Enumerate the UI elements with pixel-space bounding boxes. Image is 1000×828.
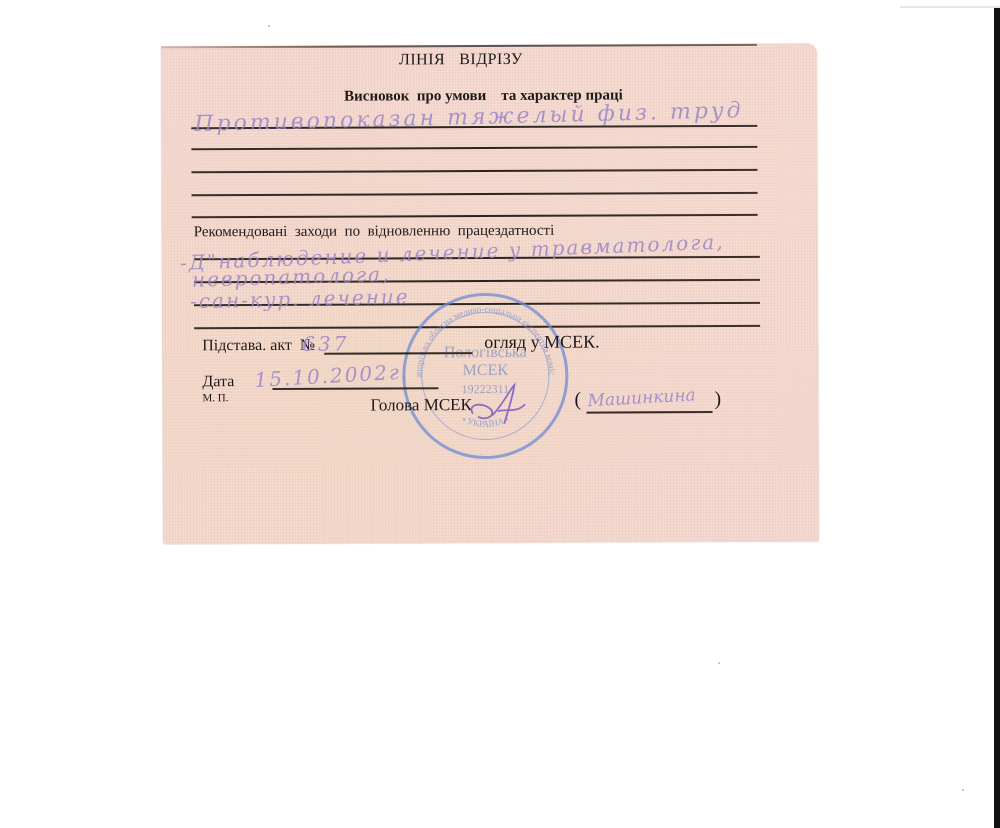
name-paren-open: ( [574, 389, 581, 412]
signature-icon [462, 375, 542, 435]
form-rule [192, 214, 758, 218]
cut-line [161, 44, 757, 49]
basis-label: Підстава. акт № [202, 337, 315, 355]
name-rule [587, 411, 713, 413]
cut-line-word-2: ВІДРІЗУ [459, 51, 523, 68]
handwritten-head-name: Машинкина [587, 385, 696, 411]
scan-edge-top [900, 6, 1000, 8]
form-rule [192, 192, 758, 196]
scan-speck [962, 789, 964, 791]
cut-line-title: ЛІНІЯВІДРІЗУ [399, 51, 523, 70]
date-label: Дата [202, 373, 234, 391]
seal-place-label: М. П. [202, 392, 228, 404]
scan-speck [718, 662, 720, 664]
handwritten-recommendation-3: -сан-кур. лечение [190, 284, 410, 313]
name-paren-close: ) [714, 388, 721, 411]
head-label: Голова МСЕК [370, 395, 471, 415]
form-rule [191, 146, 757, 150]
scanner-edge-strip [994, 8, 1000, 828]
cut-line-word-1: ЛІНІЯ [399, 51, 445, 68]
form-rule [191, 169, 757, 173]
exam-label: огляд у МСЕК. [484, 332, 599, 354]
handwritten-act-number: 637 [302, 332, 349, 356]
certificate-slip: ЛІНІЯВІДРІЗУ Висновок про умови та харак… [161, 44, 819, 545]
scan-speck [268, 25, 270, 27]
